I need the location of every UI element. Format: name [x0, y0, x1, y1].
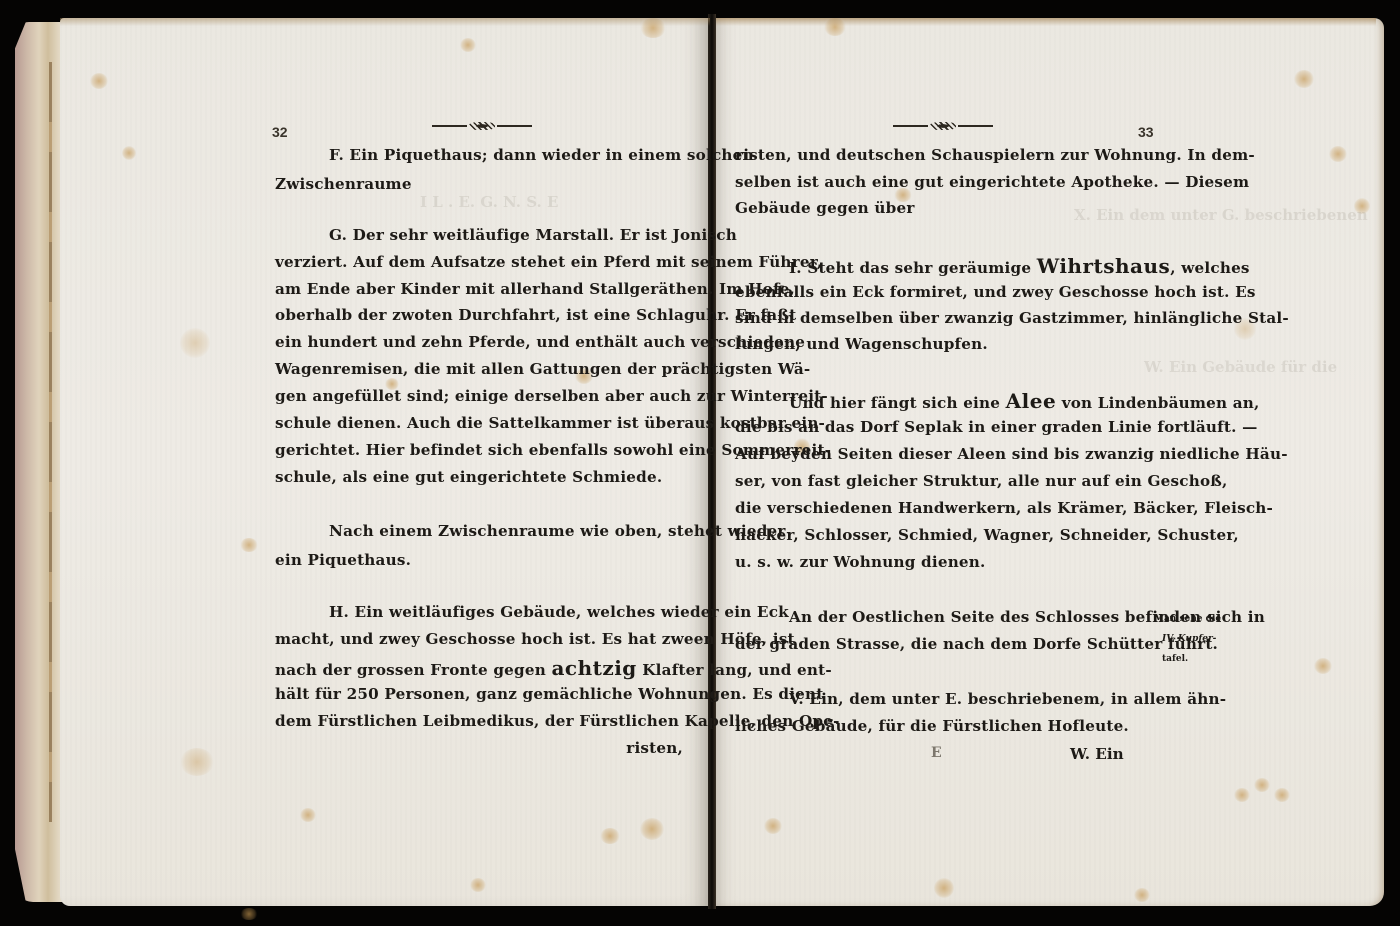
- page-top-stain: [716, 18, 1376, 26]
- page-top-stain: [60, 18, 710, 26]
- page-number-right: 33: [1138, 124, 1154, 140]
- text-line: der graden Strasse, die nach dem Dorfe S…: [735, 635, 1153, 653]
- text-line: am Ende aber Kinder mit allerhand Stallg…: [275, 280, 693, 298]
- text-line: Zwischenraume: [275, 175, 693, 193]
- text-line: u. s. w. zur Wohnung dienen.: [735, 553, 1153, 571]
- text-line: ein hundert und zehn Pferde, und enthält…: [275, 333, 693, 351]
- emphasized-word: Alee: [1006, 389, 1057, 413]
- text-line: dem Fürstlichen Leibmedikus, der Fürstli…: [275, 712, 693, 730]
- text-line: hacker, Schlosser, Schmied, Wagner, Schn…: [735, 526, 1153, 544]
- text-span: Und hier fängt sich eine: [789, 394, 1006, 412]
- text-line: selben ist auch eine gut eingerichtete A…: [735, 173, 1153, 191]
- text-line-emphasis: nach der grossen Fronte gegen achtzig Kl…: [275, 656, 693, 680]
- header-ornament-left: [432, 122, 532, 130]
- margin-note-line: tafel.: [1162, 649, 1221, 669]
- text-span: Klafter lang, und ent-: [637, 661, 832, 679]
- text-line-emphasis: Und hier fängt sich eine Alee von Linden…: [735, 389, 1153, 413]
- margin-note: Man sehe die IV. Kupfer- tafel.: [1154, 609, 1221, 669]
- emphasized-word: Wihrtshaus: [1037, 254, 1171, 278]
- text-line: die verschiedenen Handwerkern, als Kräme…: [735, 499, 1153, 517]
- signature-mark: E: [931, 745, 942, 761]
- text-line: schule dienen. Auch die Sattelkammer ist…: [275, 414, 693, 432]
- text-line: ser, von fast gleicher Struktur, alle nu…: [735, 472, 1153, 490]
- open-book-scan: I L . E. G. N. S. E X. Ein dem unter G. …: [0, 0, 1400, 926]
- text-line: ebenfalls ein Eck formiret, und zwey Ges…: [735, 283, 1153, 301]
- text-line: sind in demselben über zwanzig Gastzimme…: [735, 309, 1153, 327]
- text-line: Wagenremisen, die mit allen Gattungen de…: [275, 360, 693, 378]
- text-line: schule, als eine gut eingerichtete Schmi…: [275, 468, 693, 486]
- text-line-emphasis: I. Steht das sehr geräumige Wihrtshaus, …: [735, 254, 1153, 278]
- text-line: An der Oestlichen Seite des Schlosses be…: [735, 608, 1153, 626]
- text-line: Gebäude gegen über: [735, 199, 1153, 217]
- text-line: die bis an das Dorf Seplak in einer grad…: [735, 418, 1153, 436]
- text-line: oberhalb der zwoten Durchfahrt, ist eine…: [275, 306, 693, 324]
- text-span: nach der grossen Fronte gegen: [275, 661, 551, 679]
- text-line: gerichtet. Hier befindet sich ebenfalls …: [275, 441, 693, 459]
- text-span: , welches: [1170, 259, 1249, 277]
- bleed-through-text: W. Ein Gebäude für die: [1144, 358, 1337, 376]
- text-line: V. Ein, dem unter E. beschriebenem, in a…: [735, 690, 1153, 708]
- text-line: lungen, und Wagenschupfen.: [735, 335, 1153, 353]
- text-line: gen angefüllet sind; einige derselben ab…: [275, 387, 693, 405]
- text-line: H. Ein weitläufiges Gebäude, welches wie…: [275, 603, 693, 621]
- catchword-right: W. Ein: [1070, 745, 1124, 763]
- text-line: verziert. Auf dem Aufsatze stehet ein Pf…: [275, 253, 693, 271]
- text-line: G. Der sehr weitläufige Marstall. Er ist…: [275, 226, 693, 244]
- text-line: Auf beyden Seiten dieser Aleen sind bis …: [735, 445, 1153, 463]
- catchword-left: risten,: [275, 739, 683, 757]
- text-span: von Lindenbäumen an,: [1056, 394, 1259, 412]
- header-ornament-right: [893, 122, 993, 130]
- page-number-left: 32: [272, 124, 288, 140]
- text-line: ein Piquethaus.: [275, 551, 693, 569]
- margin-note-line: Man sehe die: [1154, 609, 1221, 629]
- text-line: F. Ein Piquethaus; dann wieder in einem …: [275, 146, 693, 164]
- text-line: macht, und zwey Geschosse hoch ist. Es h…: [275, 630, 693, 648]
- text-line: hält für 250 Personen, ganz gemächliche …: [275, 685, 693, 703]
- text-line: liches Gebäude, für die Fürstlichen Hofl…: [735, 717, 1153, 735]
- text-line: risten, und deutschen Schauspielern zur …: [735, 146, 1153, 164]
- bleed-through-text: I L . E. G. N. S. E: [420, 193, 558, 211]
- text-line: Nach einem Zwischenraume wie oben, stehe…: [275, 522, 693, 540]
- emphasized-word: achtzig: [551, 656, 636, 680]
- margin-note-line: IV. Kupfer-: [1162, 629, 1221, 649]
- text-span: I. Steht das sehr geräumige: [789, 259, 1037, 277]
